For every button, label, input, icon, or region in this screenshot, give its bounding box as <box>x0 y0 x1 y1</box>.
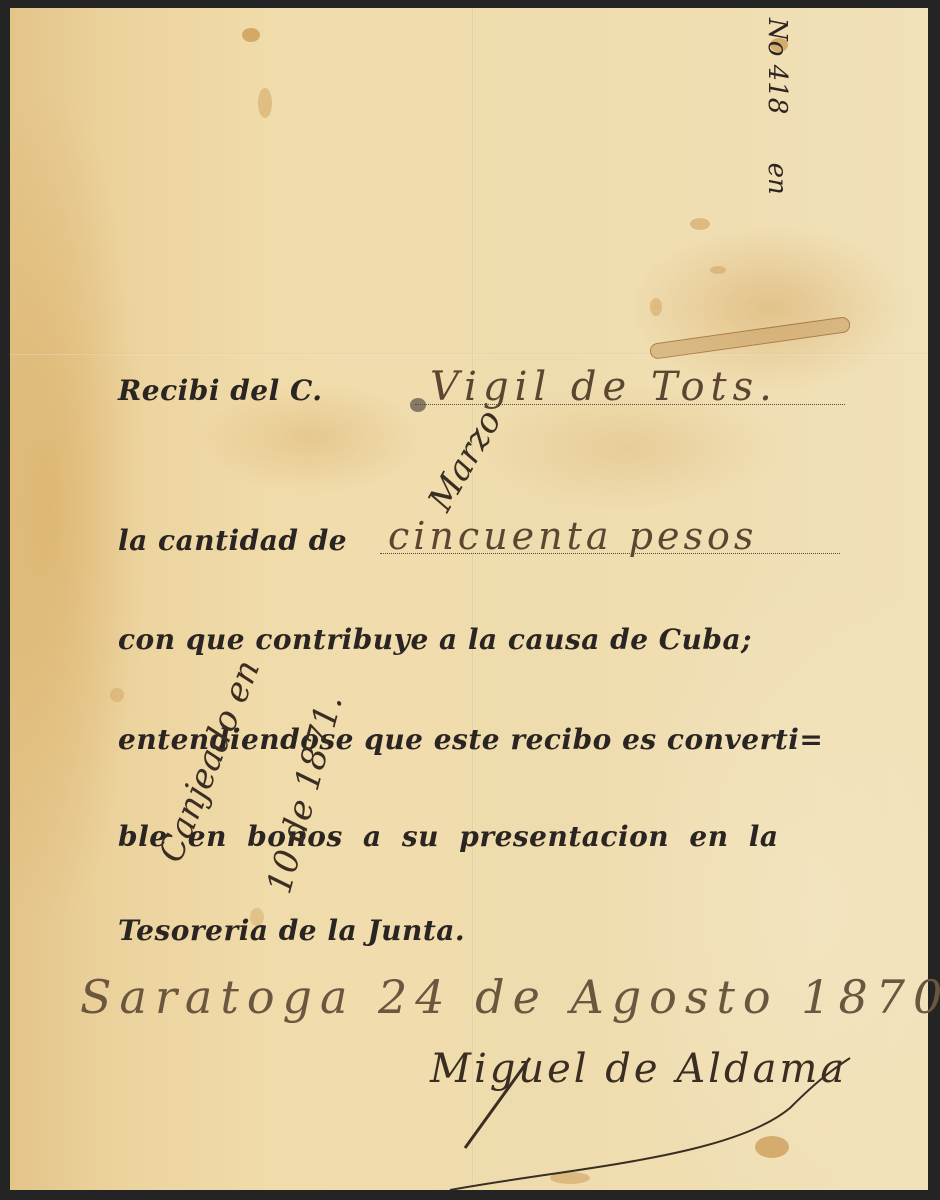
printed-line-contribuye: con que contribuye a la causa de Cuba; <box>118 623 752 656</box>
stain <box>110 688 124 702</box>
amount-written: cincuenta pesos <box>388 514 757 558</box>
recipient-name: Vigil de Tots. <box>430 364 778 410</box>
stain <box>650 298 662 316</box>
stain <box>690 218 710 230</box>
horizontal-fold-crease <box>10 353 928 355</box>
stain <box>258 88 272 118</box>
printed-line-tesoreria: Tesoreria de la Junta. <box>118 914 465 947</box>
signature: Miguel de Aldama <box>430 1046 847 1092</box>
printed-line-cantidad: la cantidad de <box>118 524 347 557</box>
printed-line-bonos: ble en bonos a su presentacion en la <box>118 820 779 853</box>
margin-note-number: No 418 en <box>762 18 792 195</box>
stain <box>755 1136 789 1158</box>
ink-blot <box>410 398 426 412</box>
annotation-date: 10 de 1871. <box>259 690 350 898</box>
stain <box>550 1172 590 1184</box>
stain <box>710 266 726 274</box>
place-and-date: Saratoga 24 de Agosto 1870. <box>80 970 940 1024</box>
annotation-marzo: Marzo <box>420 403 510 518</box>
receipt-document: No 418 en Recibi del C. Vigil de Tots. l… <box>10 8 928 1190</box>
printed-line-recibi: Recibi del C. <box>118 374 323 407</box>
stain <box>242 28 260 42</box>
